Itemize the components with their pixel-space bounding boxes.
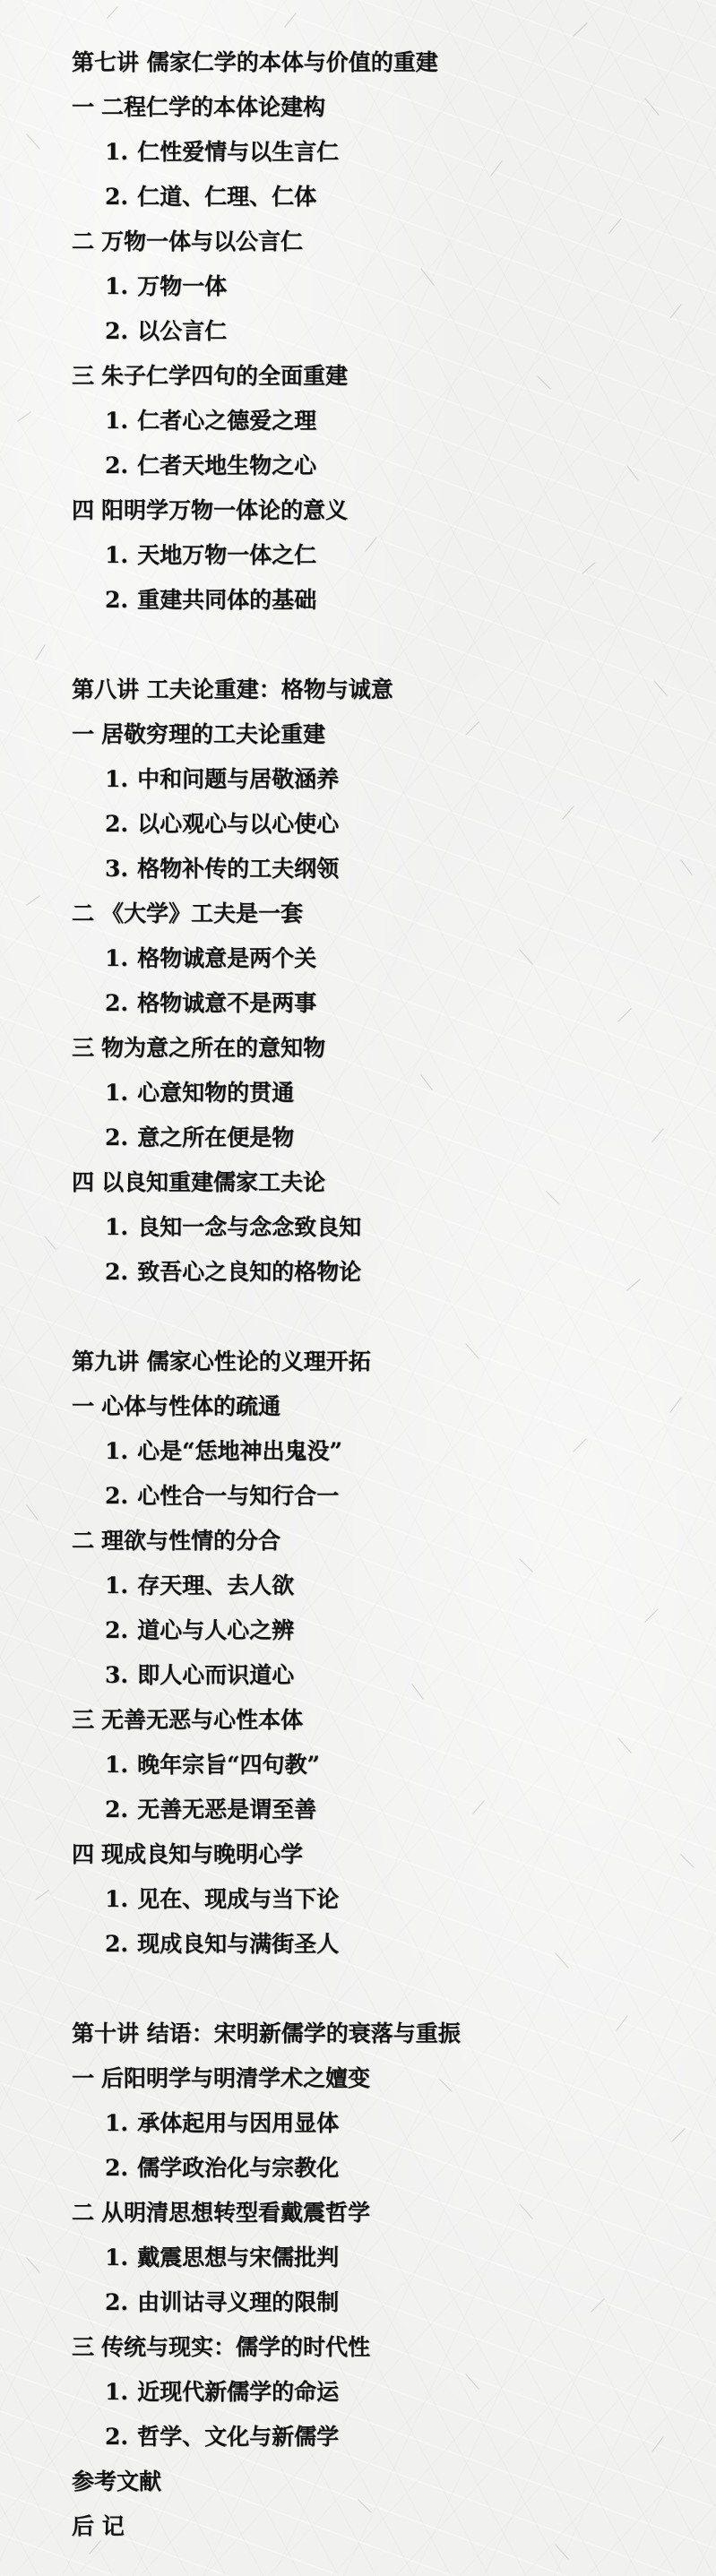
section-heading[interactable]: 二理欲与性情的分合: [72, 1519, 681, 1564]
subsection-item[interactable]: 2.儒学政治化与宗教化: [72, 2146, 681, 2191]
subsection-item[interactable]: 2.由训诂寻义理的限制: [72, 2280, 681, 2325]
afterword-entry[interactable]: 后 记: [72, 2504, 681, 2549]
subsection-item[interactable]: 1.近现代新儒学的命运: [72, 2370, 681, 2415]
subsection-item[interactable]: 1.万物一体: [72, 264, 681, 309]
section-heading[interactable]: 三无善无恶与心性本体: [72, 1698, 681, 1743]
subsection-item[interactable]: 1.天地万物一体之仁: [72, 533, 681, 578]
subsection-item[interactable]: 1.承体起用与因用显体: [72, 2101, 681, 2146]
table-of-contents: 第七讲 儒家仁学的本体与价值的重建 一二程仁学的本体论建构 1.仁性爱情与以生言…: [72, 40, 681, 2549]
lecture-title[interactable]: 第九讲 儒家心性论的义理开拓: [72, 1340, 681, 1384]
subsection-item[interactable]: 2.心性合一与知行合一: [72, 1474, 681, 1519]
section-heading[interactable]: 一心体与性体的疏通: [72, 1384, 681, 1429]
subsection-item[interactable]: 3.即人心而识道心: [72, 1653, 681, 1698]
section-heading[interactable]: 二《大学》工夫是一套: [72, 892, 681, 936]
lecture-spacer: [72, 1295, 681, 1340]
subsection-item[interactable]: 1.存天理、去人欲: [72, 1564, 681, 1608]
subsection-item[interactable]: 2.意之所在便是物: [72, 1116, 681, 1160]
section-heading[interactable]: 二从明清思想转型看戴震哲学: [72, 2191, 681, 2236]
section-heading[interactable]: 二万物一体与以公言仁: [72, 220, 681, 264]
subsection-item[interactable]: 2.仁道、仁理、仁体: [72, 175, 681, 220]
subsection-item[interactable]: 1.见在、现成与当下论: [72, 1877, 681, 1922]
subsection-item[interactable]: 1.仁者心之德爱之理: [72, 399, 681, 444]
subsection-item[interactable]: 1.晚年宗旨“四句教”: [72, 1743, 681, 1788]
subsection-item[interactable]: 2.以心观心与以心使心: [72, 802, 681, 847]
subsection-item[interactable]: 1.仁性爱情与以生言仁: [72, 130, 681, 175]
section-heading[interactable]: 三物为意之所在的意知物: [72, 1026, 681, 1071]
subsection-item[interactable]: 2.道心与人心之辨: [72, 1608, 681, 1653]
subsection-item[interactable]: 2.无善无恶是谓至善: [72, 1788, 681, 1832]
lecture-title[interactable]: 第七讲 儒家仁学的本体与价值的重建: [72, 40, 681, 85]
section-heading[interactable]: 四阳明学万物一体论的意义: [72, 488, 681, 533]
lecture-title[interactable]: 第八讲 工夫论重建：格物与诚意: [72, 668, 681, 712]
subsection-item[interactable]: 1.格物诚意是两个关: [72, 936, 681, 981]
section-heading[interactable]: 四以良知重建儒家工夫论: [72, 1160, 681, 1205]
subsection-item[interactable]: 3.格物补传的工夫纲领: [72, 847, 681, 892]
section-heading[interactable]: 一二程仁学的本体论建构: [72, 85, 681, 130]
references-entry[interactable]: 参考文献: [72, 2460, 681, 2504]
subsection-item[interactable]: 1.良知一念与念念致良知: [72, 1205, 681, 1250]
subsection-item[interactable]: 2.现成良知与满街圣人: [72, 1922, 681, 1967]
subsection-item[interactable]: 1.心意知物的贯通: [72, 1071, 681, 1116]
subsection-item[interactable]: 2.以公言仁: [72, 309, 681, 354]
subsection-item[interactable]: 1.心是“恁地神出鬼没”: [72, 1429, 681, 1474]
subsection-item[interactable]: 1.戴震思想与宋儒批判: [72, 2236, 681, 2280]
section-heading[interactable]: 四现成良知与晚明心学: [72, 1832, 681, 1877]
lecture-title[interactable]: 第十讲 结语：宋明新儒学的衰落与重振: [72, 2012, 681, 2056]
subsection-item[interactable]: 1.中和问题与居敬涵养: [72, 757, 681, 802]
section-heading[interactable]: 一后阳明学与明清学术之嬗变: [72, 2056, 681, 2101]
section-heading[interactable]: 三朱子仁学四句的全面重建: [72, 354, 681, 399]
section-heading[interactable]: 三传统与现实：儒学的时代性: [72, 2325, 681, 2370]
section-heading[interactable]: 一居敬穷理的工夫论重建: [72, 712, 681, 757]
subsection-item[interactable]: 2.致吾心之良知的格物论: [72, 1250, 681, 1295]
subsection-item[interactable]: 2.重建共同体的基础: [72, 578, 681, 623]
lecture-spacer: [72, 623, 681, 668]
subsection-item[interactable]: 2.格物诚意不是两事: [72, 981, 681, 1026]
lecture-spacer: [72, 1967, 681, 2012]
subsection-item[interactable]: 2.仁者天地生物之心: [72, 444, 681, 488]
subsection-item[interactable]: 2.哲学、文化与新儒学: [72, 2415, 681, 2460]
